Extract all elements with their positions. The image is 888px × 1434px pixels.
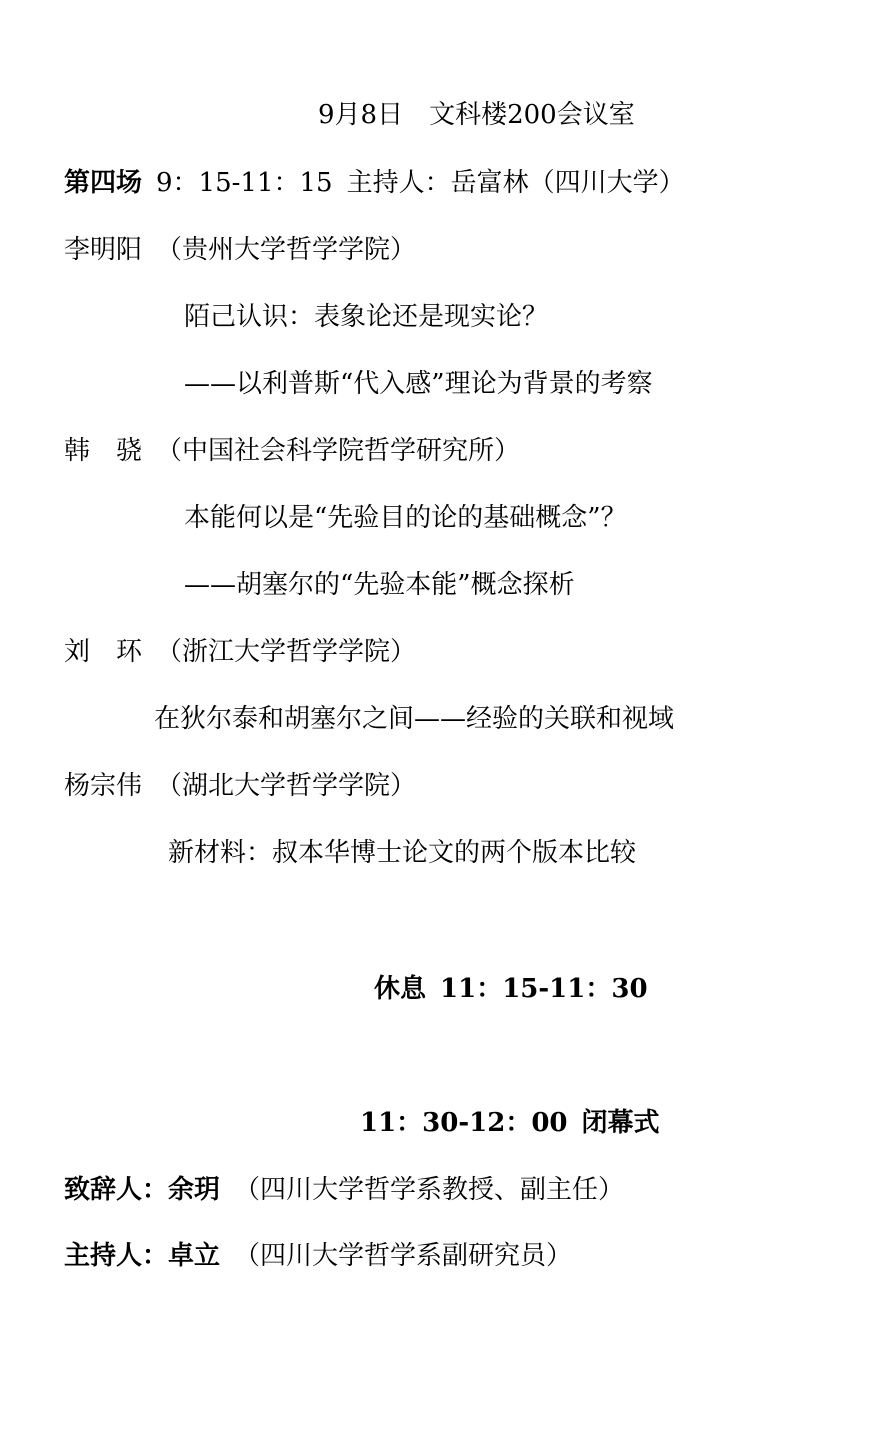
closing-speech-label: 致辞人：余玥 xyxy=(64,1175,220,1205)
closing-speech-affiliation: （四川大学哲学系教授、副主任） xyxy=(234,1175,624,1205)
break-label: 休息 xyxy=(374,974,426,1004)
speaker-row: 韩 骁（中国社会科学院哲学研究所） xyxy=(64,434,520,468)
talk-title-line: 在狄尔泰和胡塞尔之间——经验的关联和视域 xyxy=(154,702,674,736)
talk-subtitle-line: ——以利普斯“代入感”理论为背景的考察 xyxy=(184,367,653,401)
talk-subtitle-line: ——胡塞尔的“先验本能”概念探析 xyxy=(184,568,575,602)
speaker-affiliation: （中国社会科学院哲学研究所） xyxy=(156,436,520,466)
heading-date: 9月8日 xyxy=(318,100,403,130)
talk-title-line: 本能何以是“先验目的论的基础概念”？ xyxy=(184,501,627,535)
speaker-affiliation: （浙江大学哲学学院） xyxy=(156,637,416,667)
session-time: 9：15-11：15 xyxy=(156,168,333,198)
page-heading: 9月8日文科楼200会议室 xyxy=(318,98,635,132)
speaker-name: 杨宗伟 xyxy=(64,771,142,801)
session-host-label: 主持人： xyxy=(347,168,451,198)
session-label: 第四场 xyxy=(64,168,142,198)
break-line: 休息11：15-11：30 xyxy=(374,972,648,1006)
break-time: 11：15-11：30 xyxy=(440,974,648,1004)
heading-venue: 文科楼200会议室 xyxy=(429,100,635,130)
speaker-name: 韩 骁 xyxy=(64,436,142,466)
closing-ceremony-line: 11：30-12：00闭幕式 xyxy=(360,1106,660,1140)
closing-host-label: 主持人：卓立 xyxy=(64,1241,220,1271)
closing-speech-row: 致辞人：余玥（四川大学哲学系教授、副主任） xyxy=(64,1173,624,1207)
talk-title-line: 新材料：叔本华博士论文的两个版本比较 xyxy=(168,836,636,870)
speaker-name: 李明阳 xyxy=(64,235,142,265)
closing-label: 闭幕式 xyxy=(582,1108,660,1138)
speaker-row: 李明阳（贵州大学哲学学院） xyxy=(64,233,416,267)
closing-time: 11：30-12：00 xyxy=(360,1108,568,1138)
speaker-row: 刘 环（浙江大学哲学学院） xyxy=(64,635,416,669)
talk-title-line: 陌己认识：表象论还是现实论？ xyxy=(184,300,548,334)
closing-host-row: 主持人：卓立（四川大学哲学系副研究员） xyxy=(64,1239,572,1273)
closing-host-affiliation: （四川大学哲学系副研究员） xyxy=(234,1241,572,1271)
speaker-row: 杨宗伟（湖北大学哲学学院） xyxy=(64,769,416,803)
session-line: 第四场9：15-11：15主持人：岳富林（四川大学） xyxy=(64,166,685,200)
speaker-affiliation: （贵州大学哲学学院） xyxy=(156,235,416,265)
session-host-name: 岳富林（四川大学） xyxy=(451,168,685,198)
speaker-name: 刘 环 xyxy=(64,637,142,667)
speaker-affiliation: （湖北大学哲学学院） xyxy=(156,771,416,801)
